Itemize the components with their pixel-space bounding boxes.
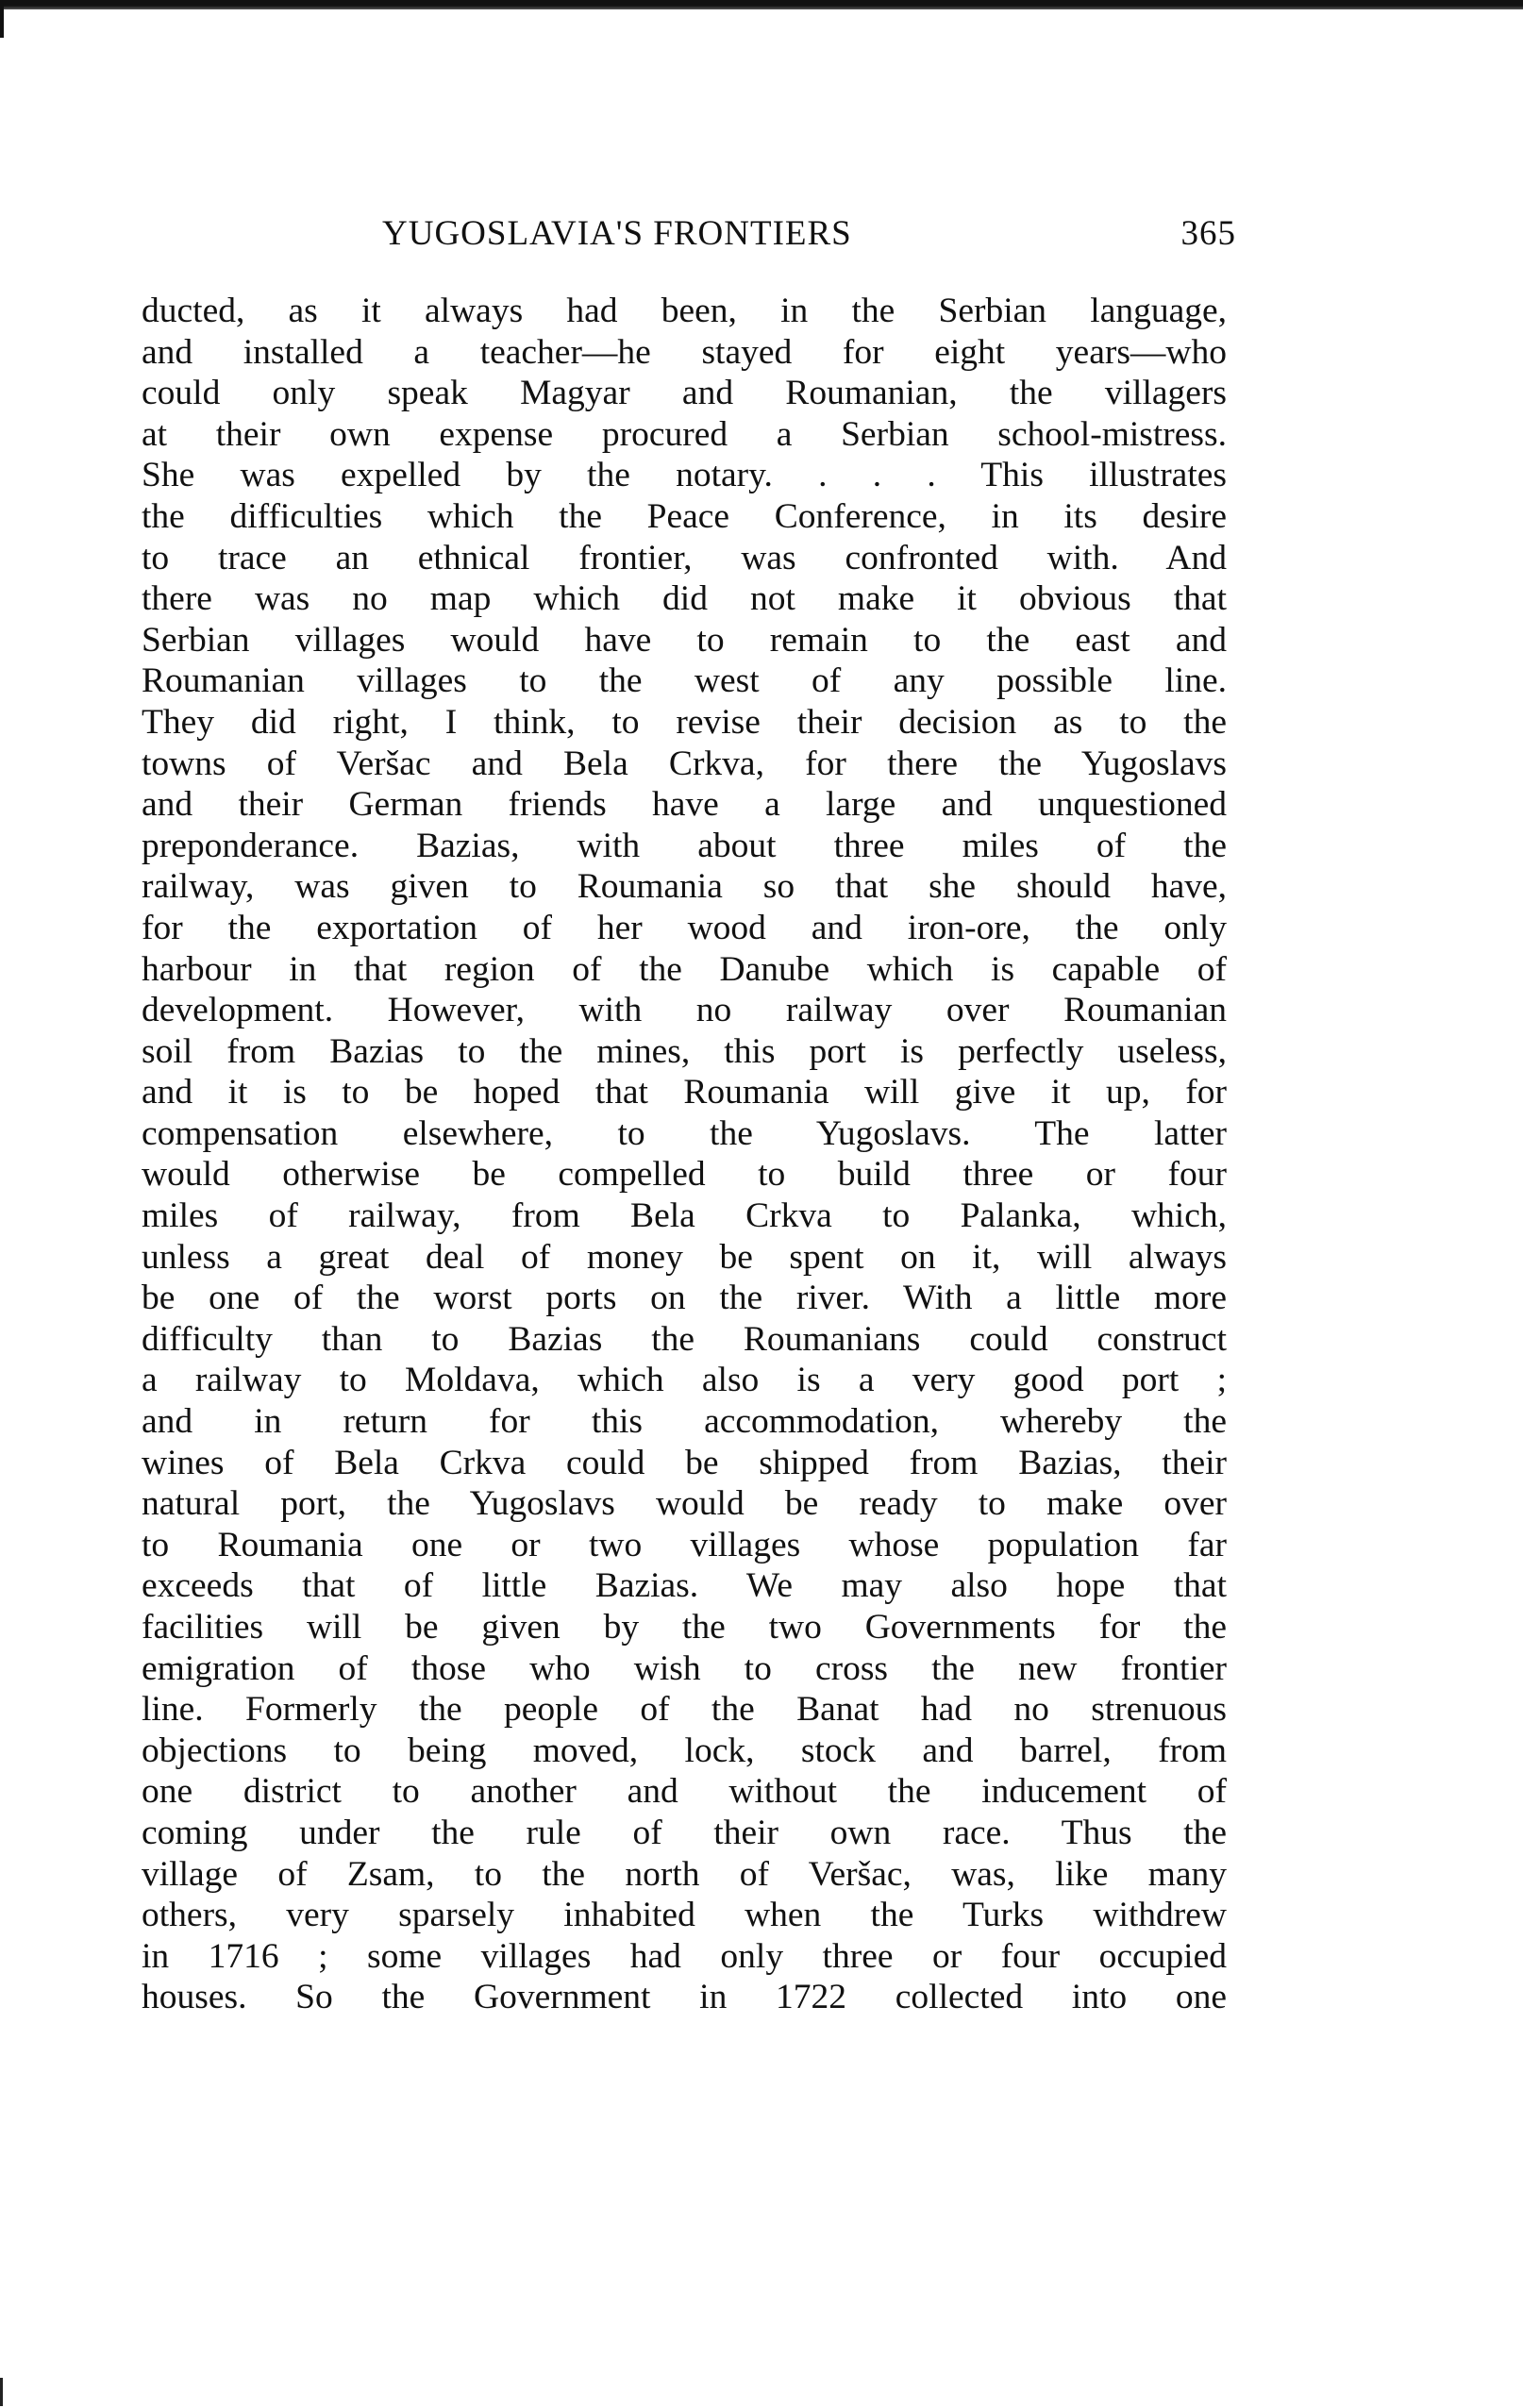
text-line: for the exportation of her wood and iron… [142, 908, 1227, 949]
page-left-edge [0, 0, 4, 38]
text-line: in 1716 ; some villages had only three o… [142, 1936, 1227, 1978]
body-text: ducted, as it always had been, in the Se… [142, 291, 1227, 2018]
text-line: to trace an ethnical frontier, was confr… [142, 538, 1227, 579]
text-line: wines of Bela Crkva could be shipped fro… [142, 1443, 1227, 1484]
text-line: and it is to be hoped that Roumania will… [142, 1072, 1227, 1113]
text-line: unless a great deal of money be spent on… [142, 1237, 1227, 1279]
text-line: railway, was given to Roumania so that s… [142, 866, 1227, 908]
page-top-edge [0, 0, 1523, 9]
text-line: others, very sparsely inhabited when the… [142, 1895, 1227, 1936]
text-line: development. However, with no railway ov… [142, 990, 1227, 1031]
text-line: soil from Bazias to the mines, this port… [142, 1031, 1227, 1073]
text-line: to Roumania one or two villages whose po… [142, 1525, 1227, 1566]
text-line: at their own expense procured a Serbian … [142, 414, 1227, 456]
text-line: natural port, the Yugoslavs would be rea… [142, 1483, 1227, 1525]
text-line: village of Zsam, to the north of Veršac,… [142, 1854, 1227, 1896]
text-line: compensation elsewhere, to the Yugoslavs… [142, 1113, 1227, 1155]
text-line: and their German friends have a large an… [142, 784, 1227, 826]
text-line: a railway to Moldava, which also is a ve… [142, 1360, 1227, 1401]
running-header: YUGOSLAVIA'S FRONTIERS 365 [349, 213, 1236, 260]
text-line: line. Formerly the people of the Banat h… [142, 1689, 1227, 1731]
page-number: 365 [1181, 213, 1237, 254]
text-line: preponderance. Bazias, with about three … [142, 826, 1227, 867]
text-line: would otherwise be compelled to build th… [142, 1154, 1227, 1196]
text-line: the difficulties which the Peace Confere… [142, 496, 1227, 538]
text-line: miles of railway, from Bela Crkva to Pal… [142, 1196, 1227, 1237]
text-line: They did right, I think, to revise their… [142, 702, 1227, 744]
text-line: and in return for this accommodation, wh… [142, 1401, 1227, 1443]
text-line: She was expelled by the notary. . . . Th… [142, 455, 1227, 496]
text-line: Serbian villages would have to remain to… [142, 620, 1227, 661]
text-line: harbour in that region of the Danube whi… [142, 949, 1227, 991]
text-line: and installed a teacher—he stayed for ei… [142, 332, 1227, 374]
text-line: emigration of those who wish to cross th… [142, 1648, 1227, 1690]
text-line: be one of the worst ports on the river. … [142, 1278, 1227, 1319]
text-line: Roumanian villages to the west of any po… [142, 661, 1227, 702]
text-line: could only speak Magyar and Roumanian, t… [142, 373, 1227, 414]
running-title: YUGOSLAVIA'S FRONTIERS [382, 213, 852, 254]
text-line: houses. So the Government in 1722 collec… [142, 1977, 1227, 2018]
text-line: objections to being moved, lock, stock a… [142, 1731, 1227, 1772]
text-line: one district to another and without the … [142, 1771, 1227, 1813]
text-line: facilities will be given by the two Gove… [142, 1607, 1227, 1648]
text-line: difficulty than to Bazias the Roumanians… [142, 1319, 1227, 1361]
text-line: ducted, as it always had been, in the Se… [142, 291, 1227, 332]
page-corner-mark [0, 2378, 10, 2406]
text-line: exceeds that of little Bazias. We may al… [142, 1565, 1227, 1607]
text-line: coming under the rule of their own race.… [142, 1813, 1227, 1854]
text-line: towns of Veršac and Bela Crkva, for ther… [142, 744, 1227, 785]
text-line: there was no map which did not make it o… [142, 578, 1227, 620]
